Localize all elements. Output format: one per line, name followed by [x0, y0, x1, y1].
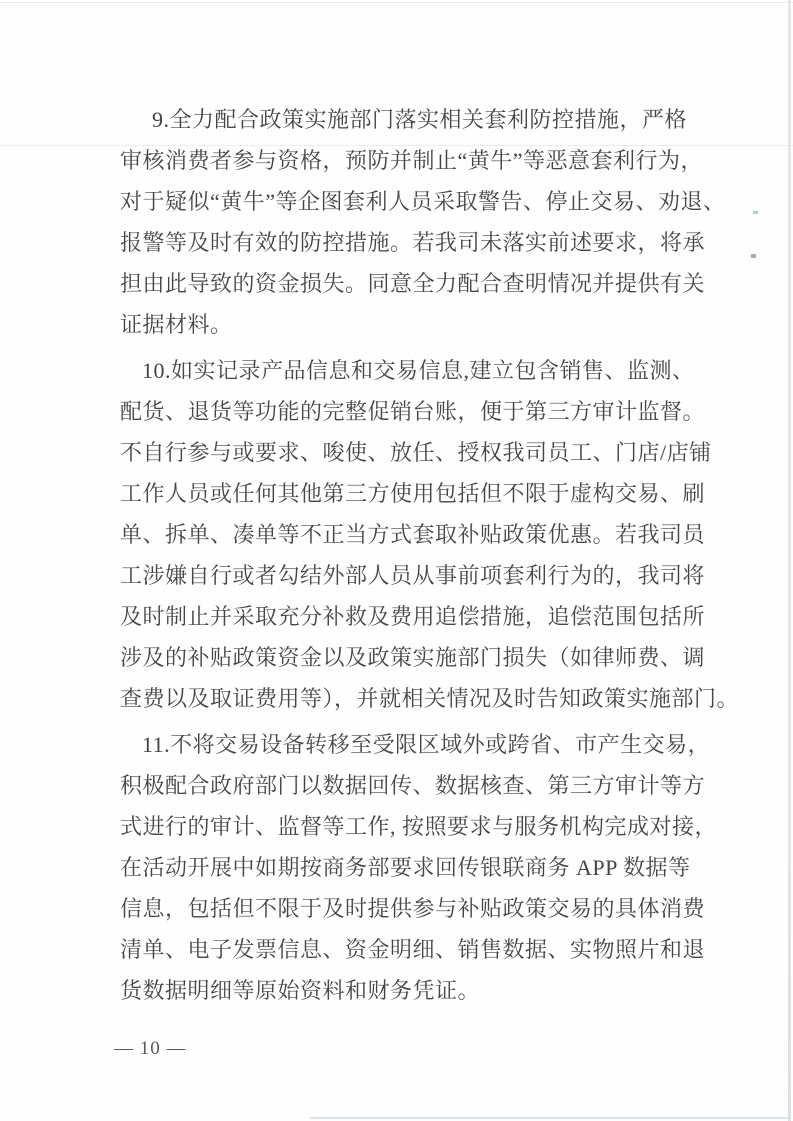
text-line: 单、拆单、凑单等不正当方式套取补贴政策优惠。若我司员 [120, 514, 682, 555]
text-line: 工作人员或任何其他第三方使用包括但不限于虚构交易、刷 [120, 473, 682, 514]
paragraph-clause-10: 10.如实记录产品信息和交易信息,建立包含销售、监测、 配货、退货等功能的完整促… [120, 350, 682, 719]
text-line: 积极配合政府部门以数据回传、数据核查、第三方审计等方 [120, 765, 682, 806]
text-line: 11.不将交易设备转移至受限区域外或跨省、市产生交易， [120, 724, 682, 765]
text-line: 担由此导致的资金损失。同意全力配合查明情况并提供有关 [120, 263, 682, 304]
paragraph-clause-11: 11.不将交易设备转移至受限区域外或跨省、市产生交易， 积极配合政府部门以数据回… [120, 724, 682, 1011]
text-line: 式进行的审计、监督等工作, 按照要求与服务机构完成对接， [120, 806, 682, 847]
text-line: 配货、退货等功能的完整促销台账，便于第三方审计监督。 [120, 391, 682, 432]
text-line: 及时制止并采取充分补救及费用追偿措施，追偿范围包括所 [120, 596, 682, 637]
scan-artifact-bottom-edge [310, 1117, 788, 1119]
text-line: 在活动开展中如期按商务部要求回传银联商务 APP 数据等 [120, 847, 682, 888]
text-line: 查费以及取证费用等），并就相关情况及时告知政策实施部门。 [120, 678, 682, 719]
text-line: 涉及的补贴政策资金以及政策实施部门损失（如律师费、调 [120, 637, 682, 678]
text-line: 信息，包括但不限于及时提供参与补贴政策交易的具体消费 [120, 888, 682, 929]
text-line: 工涉嫌自行或者勾结外部人员从事前项套利行为的，我司将 [120, 555, 682, 596]
text-line: 审核消费者参与资格，预防并制止“黄牛”等恶意套利行为， [120, 140, 682, 181]
scan-artifact-speck [753, 211, 758, 214]
text-line: 报警等及时有效的防控措施。若我司未落实前述要求，将承 [120, 222, 682, 263]
text-line: 货数据明细等原始资料和财务凭证。 [120, 970, 682, 1011]
text-line: 不自行参与或要求、唆使、放任、授权我司员工、门店/店铺 [120, 432, 682, 473]
scanned-document-page: 9.全力配合政策实施部门落实相关套利防控措施，严格 审核消费者参与资格，预防并制… [0, 0, 793, 1121]
scan-artifact-right-edge [788, 0, 791, 1121]
text-line: 证据材料。 [120, 304, 682, 345]
scan-artifact-top-edge [0, 2, 793, 3]
text-line: 对于疑似“黄牛”等企图套利人员采取警告、停止交易、劝退、 [120, 181, 682, 222]
text-line: 9.全力配合政策实施部门落实相关套利防控措施，严格 [120, 99, 682, 140]
text-line: 10.如实记录产品信息和交易信息,建立包含销售、监测、 [120, 350, 682, 391]
paragraph-clause-9: 9.全力配合政策实施部门落实相关套利防控措施，严格 审核消费者参与资格，预防并制… [120, 99, 682, 345]
page-number: — 10 — [114, 1038, 187, 1060]
text-line: 清单、电子发票信息、资金明细、销售数据、实物照片和退 [120, 929, 682, 970]
document-body: 9.全力配合政策实施部门落实相关套利防控措施，严格 审核消费者参与资格，预防并制… [120, 99, 682, 1016]
scan-artifact-speck [751, 254, 756, 258]
